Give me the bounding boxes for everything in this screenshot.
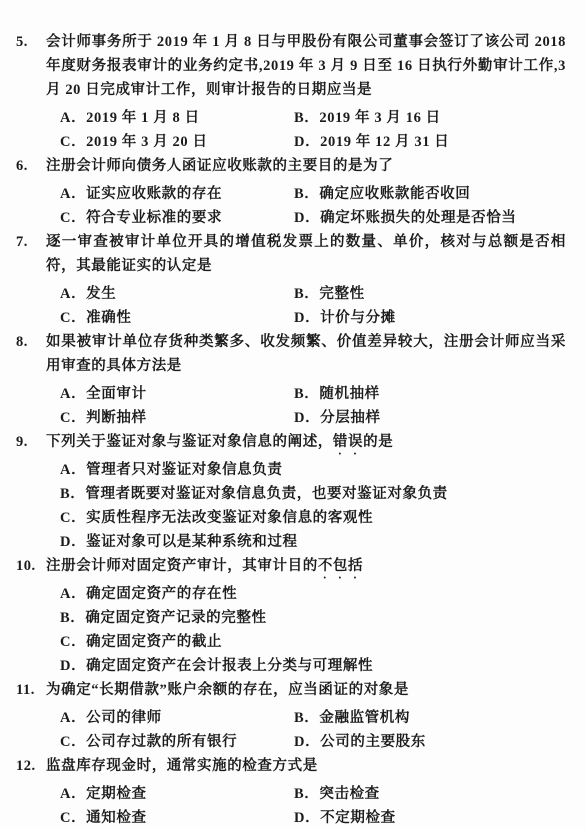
- question-number: 12.: [16, 754, 46, 778]
- question-text: 下列关于鉴证对象与鉴证对象信息的阐述，错误的是: [46, 430, 566, 458]
- question-text-emphasis: 不包括: [318, 558, 363, 574]
- question-item-9: 9. 下列关于鉴证对象与鉴证对象信息的阐述，错误的是 A．管理者只对鉴证对象信息…: [16, 430, 566, 554]
- question-item-11: 11. 为确定“长期借款”账户余额的存在，应当函证的对象是 A．公司的律师 B．…: [16, 678, 566, 754]
- option-c: C．确定固定资产的截止: [60, 630, 566, 654]
- question-body: 为确定“长期借款”账户余额的存在，应当函证的对象是 A．公司的律师 B．金融监管…: [46, 678, 566, 754]
- question-text-main: 逐一审查被审计单位开具的增值税发票上的数量、单价，核对与总额是否相符，其最能证实…: [46, 234, 566, 274]
- options-grid: A．全面审计 B．随机抽样 C．判断抽样 D．分层抽样: [46, 382, 566, 430]
- option-c: C．符合专业标准的要求: [60, 206, 294, 230]
- question-text: 注册会计师向债务人函证应收账款的主要目的是为了: [46, 154, 566, 182]
- question-text-main: 如果被审计单位存货种类繁多、收发频繁、价值差异较大，注册会计师应当采用审查的具体…: [46, 334, 566, 374]
- question-text-main: 注册会计师向债务人函证应收账款的主要目的是为了: [46, 158, 393, 174]
- option-d: D．不定期检查: [294, 806, 566, 829]
- option-d: D．鉴证对象可以是某种系统和过程: [60, 530, 566, 554]
- question-text-main: 为确定“长期借款”账户余额的存在，应当函证的对象是: [46, 682, 409, 698]
- question-number: 11.: [16, 678, 46, 702]
- question-item-7: 7. 逐一审查被审计单位开具的增值税发票上的数量、单价，核对与总额是否相符，其最…: [16, 230, 566, 330]
- option-c: C．判断抽样: [60, 406, 294, 430]
- option-d: D．计价与分摊: [294, 306, 566, 330]
- option-b: B．确定应收账款能否收回: [294, 182, 566, 206]
- option-b: B．管理者既要对鉴证对象信息负责，也要对鉴证对象负责: [60, 482, 566, 506]
- question-item-12: 12. 监盘库存现金时，通常实施的检查方式是 A．定期检查 B．突击检查 C．通…: [16, 754, 566, 829]
- option-a: A．发生: [60, 282, 294, 306]
- option-c: C．准确性: [60, 306, 294, 330]
- option-a: A．公司的律师: [60, 706, 294, 730]
- question-text: 为确定“长期借款”账户余额的存在，应当函证的对象是: [46, 678, 566, 706]
- question-number: 8.: [16, 330, 46, 354]
- question-body: 下列关于鉴证对象与鉴证对象信息的阐述，错误的是 A．管理者只对鉴证对象信息负责 …: [46, 430, 566, 554]
- question-text-main: 会计师事务所于 2019 年 1 月 8 日与甲股份有限公司董事会签订了该公司 …: [46, 34, 566, 98]
- option-a: A．证实应收账款的存在: [60, 182, 294, 206]
- option-b: B．完整性: [294, 282, 566, 306]
- question-number: 9.: [16, 430, 46, 454]
- option-a: A．2019 年 1 月 8 日: [60, 106, 294, 130]
- question-text-emphasis: 错误: [333, 434, 363, 450]
- option-b: B．2019 年 3 月 16 日: [294, 106, 566, 130]
- options-grid: A．发生 B．完整性 C．准确性 D．计价与分摊: [46, 282, 566, 330]
- question-text-main: 下列关于鉴证对象与鉴证对象信息的阐述，: [46, 434, 333, 450]
- question-text: 监盘库存现金时，通常实施的检查方式是: [46, 754, 566, 782]
- options-grid: A．公司的律师 B．金融监管机构 C．公司存过款的所有银行 D．公司的主要股东: [46, 706, 566, 754]
- option-c: C．通知检查: [60, 806, 294, 829]
- question-item-5: 5. 会计师事务所于 2019 年 1 月 8 日与甲股份有限公司董事会签订了该…: [16, 30, 566, 154]
- question-item-6: 6. 注册会计师向债务人函证应收账款的主要目的是为了 A．证实应收账款的存在 B…: [16, 154, 566, 230]
- question-number: 10.: [16, 554, 46, 578]
- option-c: C．实质性程序无法改变鉴证对象信息的客观性: [60, 506, 566, 530]
- question-body: 注册会计师向债务人函证应收账款的主要目的是为了 A．证实应收账款的存在 B．确定…: [46, 154, 566, 230]
- question-body: 注册会计师对固定资产审计，其审计目的不包括 A．确定固定资产的存在性 B．确定固…: [46, 554, 566, 678]
- question-item-8: 8. 如果被审计单位存货种类繁多、收发频繁、价值差异较大，注册会计师应当采用审查…: [16, 330, 566, 430]
- option-c: C．公司存过款的所有银行: [60, 730, 294, 754]
- option-d: D．确定固定资产在会计报表上分类与可理解性: [60, 654, 566, 678]
- question-text-tail: 的是: [363, 434, 393, 450]
- option-d: D．分层抽样: [294, 406, 566, 430]
- question-text: 逐一审查被审计单位开具的增值税发票上的数量、单价，核对与总额是否相符，其最能证实…: [46, 230, 566, 282]
- options-list: A．管理者只对鉴证对象信息负责 B．管理者既要对鉴证对象信息负责，也要对鉴证对象…: [46, 458, 566, 554]
- option-b: B．确定固定资产记录的完整性: [60, 606, 566, 630]
- question-text: 会计师事务所于 2019 年 1 月 8 日与甲股份有限公司董事会签订了该公司 …: [46, 30, 566, 106]
- question-body: 会计师事务所于 2019 年 1 月 8 日与甲股份有限公司董事会签订了该公司 …: [46, 30, 566, 154]
- options-grid: A．定期检查 B．突击检查 C．通知检查 D．不定期检查: [46, 782, 566, 829]
- option-a: A．确定固定资产的存在性: [60, 582, 566, 606]
- question-text: 注册会计师对固定资产审计，其审计目的不包括: [46, 554, 566, 582]
- question-number: 5.: [16, 30, 46, 54]
- option-b: B．金融监管机构: [294, 706, 566, 730]
- option-d: D．2019 年 12 月 31 日: [294, 130, 566, 154]
- option-d: D．公司的主要股东: [294, 730, 566, 754]
- options-list: A．确定固定资产的存在性 B．确定固定资产记录的完整性 C．确定固定资产的截止 …: [46, 582, 566, 678]
- option-a: A．管理者只对鉴证对象信息负责: [60, 458, 566, 482]
- question-body: 如果被审计单位存货种类繁多、收发频繁、价值差异较大，注册会计师应当采用审查的具体…: [46, 330, 566, 430]
- option-b: B．随机抽样: [294, 382, 566, 406]
- question-body: 逐一审查被审计单位开具的增值税发票上的数量、单价，核对与总额是否相符，其最能证实…: [46, 230, 566, 330]
- question-item-10: 10. 注册会计师对固定资产审计，其审计目的不包括 A．确定固定资产的存在性 B…: [16, 554, 566, 678]
- question-text: 如果被审计单位存货种类繁多、收发频繁、价值差异较大，注册会计师应当采用审查的具体…: [46, 330, 566, 382]
- option-d: D．确定坏账损失的处理是否恰当: [294, 206, 566, 230]
- option-a: A．定期检查: [60, 782, 294, 806]
- exam-page: 5. 会计师事务所于 2019 年 1 月 8 日与甲股份有限公司董事会签订了该…: [0, 0, 586, 829]
- question-text-main: 注册会计师对固定资产审计，其审计目的: [46, 558, 318, 574]
- question-number: 7.: [16, 230, 46, 254]
- options-grid: A．2019 年 1 月 8 日 B．2019 年 3 月 16 日 C．201…: [46, 106, 566, 154]
- option-c: C．2019 年 3 月 20 日: [60, 130, 294, 154]
- question-body: 监盘库存现金时，通常实施的检查方式是 A．定期检查 B．突击检查 C．通知检查 …: [46, 754, 566, 829]
- option-a: A．全面审计: [60, 382, 294, 406]
- option-b: B．突击检查: [294, 782, 566, 806]
- options-grid: A．证实应收账款的存在 B．确定应收账款能否收回 C．符合专业标准的要求 D．确…: [46, 182, 566, 230]
- question-text-main: 监盘库存现金时，通常实施的检查方式是: [46, 758, 318, 774]
- question-number: 6.: [16, 154, 46, 178]
